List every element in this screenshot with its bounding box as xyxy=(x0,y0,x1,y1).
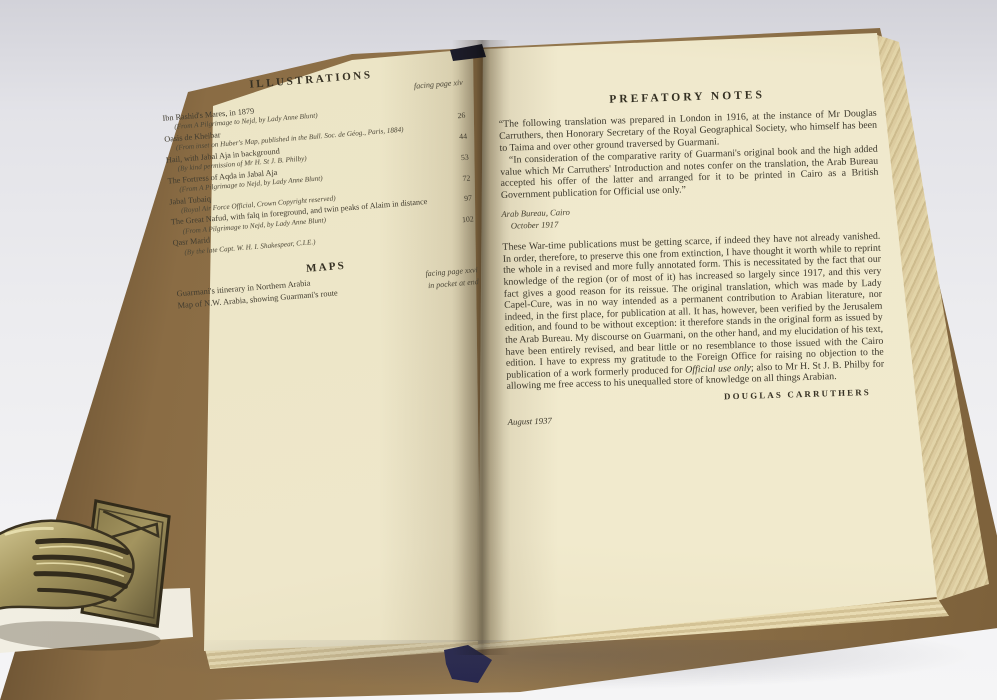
book-floor-shadow xyxy=(120,640,980,690)
map-location: in pocket at end xyxy=(428,277,479,290)
attribution-block: Arab Bureau, Cairo October 1917 xyxy=(501,198,880,232)
prefatory-notes-page-content: PREFATORY NOTES “The following translati… xyxy=(498,86,886,427)
illustration-page-number: 53 xyxy=(444,152,469,163)
illustration-page-number: 97 xyxy=(448,194,473,205)
illustrations-page-content: ILLUSTRATIONS facing page xiv Ibn Rashid… xyxy=(160,62,479,314)
map-location: facing page xxvi xyxy=(425,265,478,278)
illustration-page-number: 72 xyxy=(446,173,471,184)
illustration-page-number: 102 xyxy=(449,215,474,226)
brass-hand-page-holder xyxy=(0,481,178,666)
main-paragraph: These War-time publications must be gett… xyxy=(502,231,884,393)
book-photo-scene: ILLUSTRATIONS facing page xiv Ibn Rashid… xyxy=(0,0,997,700)
illustration-page-number: 44 xyxy=(443,131,468,142)
illustrations-list: Ibn Rashid's Mares, in 1879(From A Pilgr… xyxy=(162,90,475,258)
main-paragraph-text: These War-time publications must be gett… xyxy=(502,231,884,381)
illustration-page-number xyxy=(440,97,464,99)
illustration-page-number: 26 xyxy=(441,111,466,122)
